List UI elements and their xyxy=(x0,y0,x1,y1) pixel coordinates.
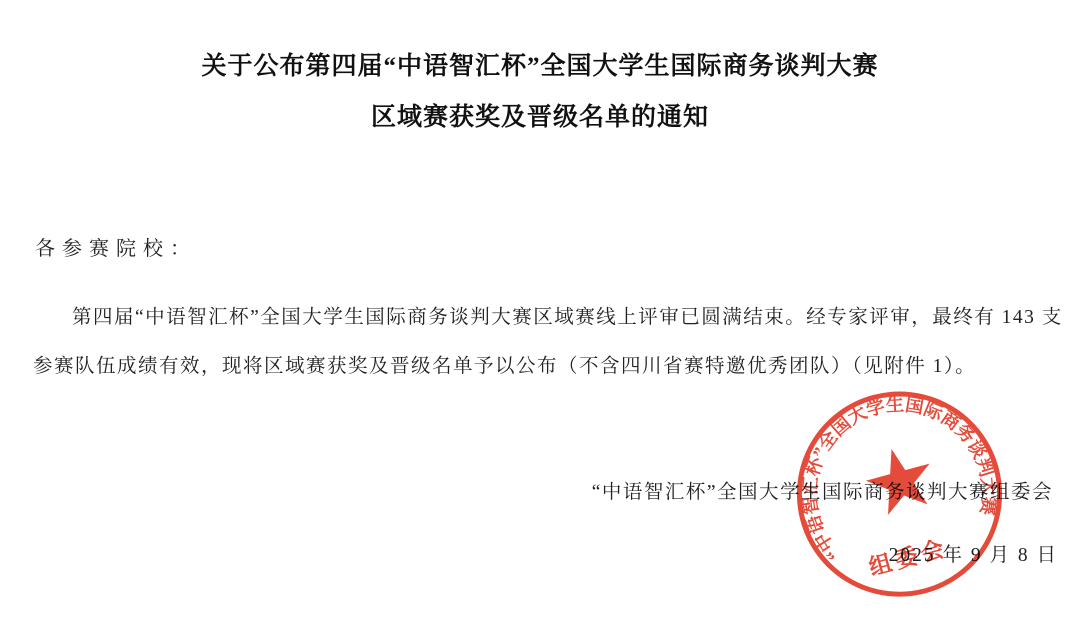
document-title-line-1: 关于公布第四届“中语智汇杯”全国大学生国际商务谈判大赛 xyxy=(0,46,1080,82)
document-title-line-2: 区域赛获奖及晋级名单的通知 xyxy=(0,97,1080,133)
body-paragraph-line-2: 参赛队伍成绩有效，现将区域赛获奖及晋级名单予以公布（不含四川省赛特邀优秀团队）（… xyxy=(33,350,976,378)
body-paragraph-line-1: 第四届“中语智汇杯”全国大学生国际商务谈判大赛区域赛线上评审已圆满结束。经专家评… xyxy=(33,301,1063,329)
document-date: 2025 年 9 月 8 日 xyxy=(889,539,1058,567)
notice-document-page: 关于公布第四届“中语智汇杯”全国大学生国际商务谈判大赛 区域赛获奖及晋级名单的通… xyxy=(0,0,1080,629)
salutation: 各参赛院校： xyxy=(35,232,197,261)
signature-organization: “中语智汇杯”全国大学生国际商务谈判大赛组委会 xyxy=(592,476,1053,504)
